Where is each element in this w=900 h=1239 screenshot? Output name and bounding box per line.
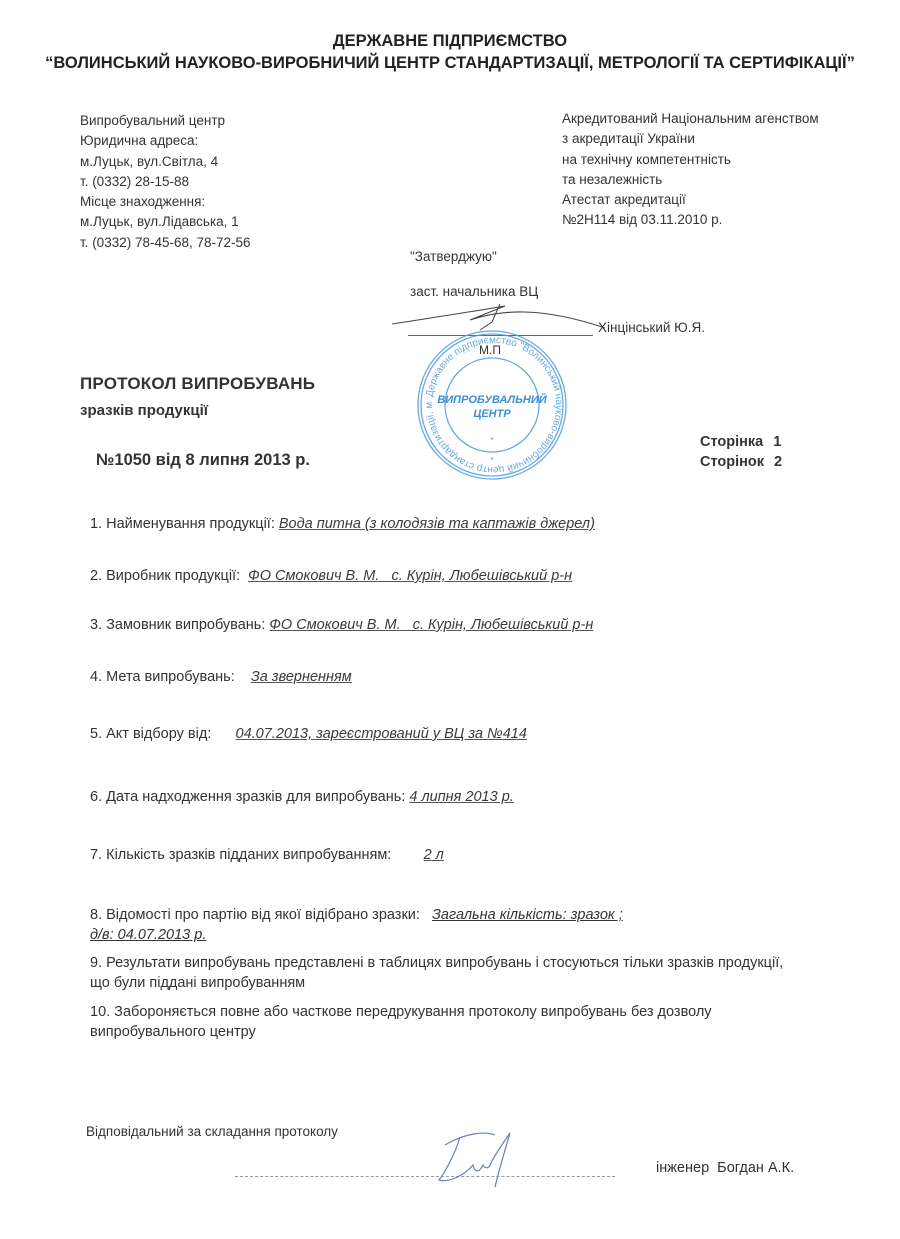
- item-value: 2 л: [424, 847, 444, 863]
- item-label: 1. Найменування продукції:: [90, 516, 275, 532]
- organization-header: ДЕРЖАВНЕ ПІДПРИЄМСТВО “ВОЛИНСЬКИЙ НАУКОВ…: [0, 30, 900, 74]
- org-type: ДЕРЖАВНЕ ПІДПРИЄМСТВО: [0, 30, 900, 52]
- protocol-number: №1050 від 8 липня 2013 р.: [96, 451, 310, 470]
- accreditation-line: Атестат акредитації: [562, 190, 819, 210]
- item-product-name: 1. Найменування продукції: Вода питна (з…: [90, 516, 595, 532]
- item-label: 4. Мета випробувань:: [90, 669, 235, 685]
- item-value: Загальна кількість: зразок ;: [432, 907, 623, 923]
- item-value: ФО Смокович В. М. с. Курін, Любешівський…: [269, 617, 593, 633]
- item-sample-quantity: 7. Кількість зразків підданих випробуван…: [90, 847, 444, 863]
- accreditation-line: та незалежність: [562, 170, 819, 190]
- item-label: 2. Виробник продукції:: [90, 568, 240, 584]
- item-label: 6. Дата надходження зразків для випробув…: [90, 789, 405, 805]
- responsible-signature-icon: [425, 1125, 525, 1195]
- page-counter: Сторінка1 Сторінок2: [700, 432, 782, 472]
- address-line: м.Луцьк, вул.Лідавська, 1: [80, 212, 251, 232]
- item-value: 4 липня 2013 р.: [409, 789, 513, 805]
- approver-signature-icon: [390, 290, 620, 350]
- org-name: “ВОЛИНСЬКИЙ НАУКОВО-ВИРОБНИЧИЙ ЦЕНТР СТА…: [0, 52, 900, 74]
- page-label: Сторінка: [700, 434, 763, 450]
- note-results: 9. Результати випробувань представлені в…: [90, 953, 805, 993]
- item-label: 8. Відомості про партію від якої відібра…: [90, 907, 420, 923]
- item-receipt-date: 6. Дата надходження зразків для випробув…: [90, 789, 514, 805]
- accreditation-line: на технічну компетентність: [562, 150, 819, 170]
- pages-label: Сторінок: [700, 454, 764, 470]
- item-value: ФО Смокович В. М. с. Курін, Любешівський…: [248, 568, 572, 584]
- address-line: т. (0332) 28-15-88: [80, 172, 251, 192]
- address-line: Місце знаходження:: [80, 192, 251, 212]
- svg-text:*: *: [490, 436, 493, 445]
- address-line: Юридична адреса:: [80, 131, 251, 151]
- item-purpose: 4. Мета випробувань: За зверненням: [90, 669, 352, 685]
- address-line: т. (0332) 78-45-68, 78-72-56: [80, 233, 251, 253]
- approve-label: "Затверджую": [410, 249, 497, 264]
- responsible-label: Відповідальний за складання протоколу: [86, 1124, 338, 1139]
- item-value: 04.07.2013, зареєстрований у ВЦ за №414: [236, 726, 527, 742]
- test-center-address: Випробувальний центр Юридична адреса: м.…: [80, 111, 251, 253]
- item-customer: 3. Замовник випробувань: ФО Смокович В. …: [90, 617, 593, 633]
- responsible-name: інженер Богдан А.К.: [656, 1160, 794, 1176]
- page-value: 1: [773, 432, 781, 452]
- pages-value: 2: [774, 452, 782, 472]
- item-label: 7. Кількість зразків підданих випробуван…: [90, 847, 391, 863]
- item-sampling-act: 5. Акт відбору від: 04.07.2013, зареєстр…: [90, 726, 527, 742]
- item-label: 3. Замовник випробувань:: [90, 617, 265, 633]
- accreditation-line: з акредитації України: [562, 129, 819, 149]
- stamp-center-line1: ВИПРОБУВАЛЬНИЙ: [437, 393, 547, 406]
- item-value: За зверненням: [251, 669, 352, 685]
- protocol-subtitle: зразків продукції: [80, 402, 208, 419]
- item-label: 5. Акт відбору від:: [90, 726, 211, 742]
- accreditation-line: Акредитований Національним агенством: [562, 109, 819, 129]
- address-line: м.Луцьк, вул.Світла, 4: [80, 152, 251, 172]
- address-line: Випробувальний центр: [80, 111, 251, 131]
- note-reprint-prohibited: 10. Забороняється повне або часткове пер…: [90, 1002, 805, 1042]
- svg-text:*: *: [490, 456, 493, 465]
- stamp-center-line2: ЦЕНТР: [473, 408, 511, 420]
- item-value: Вода питна (з колодязів та каптажів джер…: [279, 516, 595, 532]
- protocol-title: ПРОТОКОЛ ВИПРОБУВАНЬ: [80, 374, 315, 394]
- accreditation-line: №2Н114 від 03.11.2010 р.: [562, 210, 819, 230]
- accreditation-info: Акредитований Національним агенством з а…: [562, 109, 819, 231]
- item-batch-info: 8. Відомості про партію від якої відібра…: [90, 905, 810, 945]
- item-value-2: д/в: 04.07.2013 р.: [90, 927, 206, 943]
- item-manufacturer: 2. Виробник продукції: ФО Смокович В. М.…: [90, 568, 572, 584]
